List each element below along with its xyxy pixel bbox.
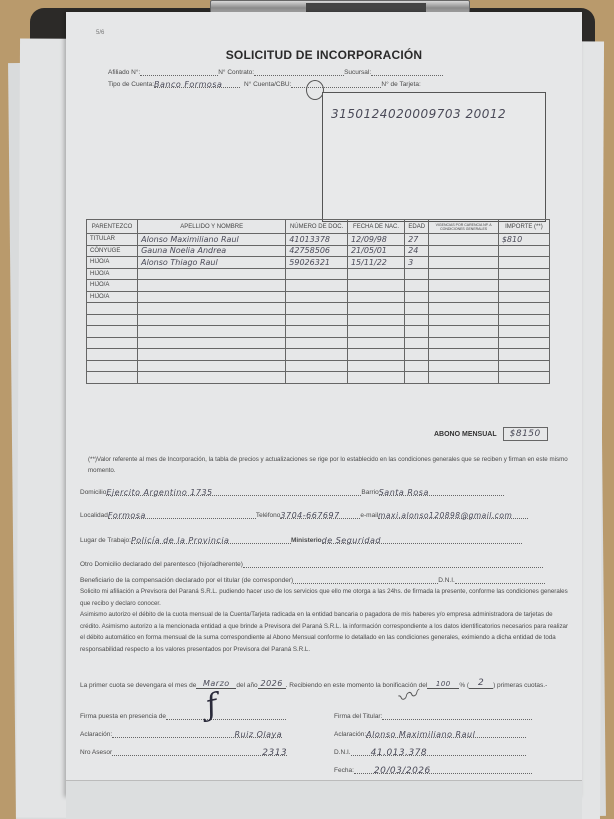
table-row: TITULARAlonso Maximiliano Raul4101337812… bbox=[87, 234, 550, 246]
cell-nombre[interactable] bbox=[138, 314, 286, 326]
application-form: 5/6 SOLICITUD DE INCORPORACIÓN Afiliado … bbox=[66, 12, 582, 797]
anio-label: del año bbox=[236, 682, 257, 689]
cell-doc[interactable] bbox=[286, 372, 348, 384]
cbu-box[interactable]: 3150124020009703 20012 bbox=[322, 92, 546, 222]
cell-nombre[interactable] bbox=[138, 372, 286, 384]
abono-mensual: ABONO MENSUAL $8150 bbox=[434, 427, 548, 441]
trabajo-row: Lugar de Trabajo: Policía de la Provinci… bbox=[80, 536, 522, 544]
cell-nac[interactable]: 21/05/01 bbox=[347, 245, 404, 257]
cell-nombre[interactable] bbox=[138, 337, 286, 349]
cell-nombre[interactable] bbox=[138, 360, 286, 372]
cuenta-cbu-field[interactable] bbox=[291, 80, 381, 88]
cell-nac[interactable] bbox=[347, 314, 404, 326]
firma-presencia-label: Firma puesta en presencia de bbox=[80, 713, 166, 720]
page-number: 5/6 bbox=[96, 30, 104, 36]
cell-doc[interactable]: 59026321 bbox=[286, 257, 348, 269]
table-row bbox=[87, 360, 550, 372]
cell-nombre[interactable] bbox=[138, 326, 286, 338]
col-parentesco: PARENTEZCO bbox=[87, 220, 138, 234]
ministerio-field[interactable]: de Seguridad bbox=[322, 536, 522, 544]
cell-vigencia[interactable] bbox=[429, 372, 498, 384]
cell-doc[interactable] bbox=[286, 337, 348, 349]
cell-vigencia[interactable] bbox=[429, 280, 498, 292]
barrio-label: Barrio bbox=[361, 489, 378, 496]
localidad-field[interactable]: Formosa bbox=[108, 511, 256, 519]
cell-nombre[interactable]: Gauna Noelia Andrea bbox=[138, 245, 286, 257]
cell-vigencia[interactable] bbox=[429, 314, 498, 326]
cell-vigencia[interactable] bbox=[429, 303, 498, 315]
otro-domicilio-field[interactable] bbox=[243, 560, 543, 568]
tarjeta-label: N° de Tarjeta: bbox=[381, 81, 420, 88]
cell-nac[interactable]: 12/09/98 bbox=[347, 234, 404, 246]
affiliation-paragraph: Solicito mi afiliación a Previsora del P… bbox=[80, 586, 570, 609]
firma-titular-label: Firma del Titular: bbox=[334, 713, 382, 720]
fecha-label: Fecha: bbox=[334, 767, 354, 774]
contrato-label: N° Contrato: bbox=[218, 69, 254, 76]
otro-domicilio-row: Otro Domicilio declarado del parentesco … bbox=[80, 560, 543, 568]
aclaracion-asesor-row: Aclaración: Ruiz Olaya bbox=[80, 730, 282, 738]
cell-importe[interactable] bbox=[498, 326, 549, 338]
cuota-row: La primer cuota se devengara el mes de M… bbox=[80, 678, 547, 689]
afiliado-field[interactable] bbox=[140, 68, 218, 76]
otro-domicilio-label: Otro Domicilio declarado del parentesco … bbox=[80, 561, 243, 568]
cuota-label: La primer cuota se devengara el mes de bbox=[80, 682, 196, 689]
cell-parentesco: HIJO/A bbox=[87, 268, 138, 280]
cell-doc[interactable]: 41013378 bbox=[286, 234, 348, 246]
localidad-label: Localidad bbox=[80, 512, 108, 519]
col-nombre: APELLIDO Y NOMBRE bbox=[138, 220, 286, 234]
paper-stack-bottom bbox=[66, 780, 582, 819]
beneficiario-dni-field[interactable] bbox=[455, 576, 545, 584]
table-row bbox=[87, 337, 550, 349]
cell-importe[interactable] bbox=[498, 291, 549, 303]
cell-vigencia[interactable] bbox=[429, 349, 498, 361]
abono-label: ABONO MENSUAL bbox=[434, 431, 497, 438]
cell-nac[interactable] bbox=[347, 326, 404, 338]
trabajo-label: Lugar de Trabajo: bbox=[80, 537, 131, 544]
cell-doc[interactable] bbox=[286, 303, 348, 315]
bonif-pct-field[interactable]: 100 bbox=[427, 680, 459, 689]
table-row: CÓNYUGEGauna Noelia Andrea4275850621/05/… bbox=[87, 245, 550, 257]
cell-parentesco bbox=[87, 326, 138, 338]
col-importe: IMPORTE (**) bbox=[498, 220, 549, 234]
cell-edad[interactable] bbox=[405, 314, 429, 326]
cell-vigencia[interactable] bbox=[429, 234, 498, 246]
telefono-label: Teléfono bbox=[256, 512, 281, 519]
cell-edad[interactable] bbox=[405, 360, 429, 372]
table-row bbox=[87, 314, 550, 326]
cell-nac[interactable] bbox=[347, 360, 404, 372]
afiliado-label: Afiliado N°: bbox=[108, 69, 140, 76]
cell-edad[interactable] bbox=[405, 280, 429, 292]
col-vigencia: VIGENCIAS POR CARENCIA NP. A CONDICIONES… bbox=[429, 220, 498, 234]
cell-edad[interactable] bbox=[405, 337, 429, 349]
cell-edad[interactable] bbox=[405, 291, 429, 303]
bonif-suffix: ) primeras cuotas.- bbox=[493, 682, 547, 689]
cell-importe[interactable] bbox=[498, 257, 549, 269]
cell-nac[interactable]: 15/11/22 bbox=[347, 257, 404, 269]
cell-parentesco bbox=[87, 314, 138, 326]
cell-edad[interactable] bbox=[405, 303, 429, 315]
cell-importe[interactable]: $810 bbox=[498, 234, 549, 246]
dni-titular-label: D.N.I. bbox=[334, 749, 351, 756]
barrio-field[interactable]: Santa Rosa bbox=[379, 488, 504, 496]
cell-nac[interactable] bbox=[347, 280, 404, 292]
cuota-anio-field[interactable]: 2026 bbox=[258, 679, 286, 689]
domicilio-field[interactable]: Ejercito Argentino 1735 bbox=[106, 488, 361, 496]
cell-nombre[interactable] bbox=[138, 268, 286, 280]
cell-nac[interactable] bbox=[347, 268, 404, 280]
aclaracion-titular-row: Aclaración: Alonso Maximiliano Raul bbox=[334, 730, 526, 738]
sucursal-field[interactable] bbox=[371, 68, 443, 76]
bonif-mid: % ( bbox=[459, 682, 469, 689]
cell-nac[interactable] bbox=[347, 337, 404, 349]
cell-nac[interactable] bbox=[347, 291, 404, 303]
localidad-row: Localidad Formosa Teléfono 3704-667697 e… bbox=[80, 511, 528, 519]
form-title: SOLICITUD DE INCORPORACIÓN bbox=[66, 48, 582, 62]
cell-parentesco: HIJO/A bbox=[87, 280, 138, 292]
col-doc: NÚMERO DE DOC. bbox=[286, 220, 348, 234]
aclaracion-titular-label: Aclaración: bbox=[334, 731, 366, 738]
table-row: HIJO/AAlonso Thiago Raul5902632115/11/22… bbox=[87, 257, 550, 269]
cell-importe[interactable] bbox=[498, 337, 549, 349]
domicilio-row: Domicilio Ejercito Argentino 1735 Barrio… bbox=[80, 488, 504, 496]
asesor-label: Nro Asesor bbox=[80, 749, 112, 756]
dni-titular-row: D.N.I. 41.013.378 bbox=[334, 748, 526, 756]
firma-presencia-field[interactable] bbox=[166, 712, 286, 720]
email-field[interactable]: maxi.alonso120898@gmail.com bbox=[378, 511, 528, 519]
cell-doc[interactable] bbox=[286, 349, 348, 361]
table-row bbox=[87, 349, 550, 361]
table-row bbox=[87, 326, 550, 338]
cell-nombre[interactable]: Alonso Maximiliano Raul bbox=[138, 234, 286, 246]
cell-parentesco: HIJO/A bbox=[87, 291, 138, 303]
cell-importe[interactable] bbox=[498, 372, 549, 384]
cell-nombre[interactable] bbox=[138, 291, 286, 303]
dni-titular-field[interactable]: 41.013.378 bbox=[351, 748, 526, 756]
contrato-field[interactable] bbox=[254, 68, 344, 76]
cell-importe[interactable] bbox=[498, 314, 549, 326]
ministerio-label: Ministerio bbox=[291, 537, 322, 544]
cell-edad[interactable] bbox=[405, 326, 429, 338]
cell-nombre[interactable]: Alonso Thiago Raul bbox=[138, 257, 286, 269]
cuota-mes-field[interactable]: Marzo bbox=[196, 679, 236, 689]
cell-edad[interactable] bbox=[405, 349, 429, 361]
cell-edad[interactable]: 3 bbox=[405, 257, 429, 269]
cell-vigencia[interactable] bbox=[429, 360, 498, 372]
aclaracion-titular-field[interactable]: Alonso Maximiliano Raul bbox=[366, 730, 526, 738]
table-row bbox=[87, 372, 550, 384]
cell-edad[interactable]: 24 bbox=[405, 245, 429, 257]
table-row: HIJO/A bbox=[87, 268, 550, 280]
cell-doc[interactable] bbox=[286, 291, 348, 303]
col-nac: FECHA DE NAC. bbox=[347, 220, 404, 234]
fecha-row: Fecha: 20/03/2026 bbox=[334, 766, 532, 774]
cell-nombre[interactable] bbox=[138, 280, 286, 292]
header-row-2: Tipo de Cuenta: Banco Formosa N° Cuenta/… bbox=[108, 80, 421, 88]
cbu-value: 3150124020009703 20012 bbox=[331, 107, 506, 121]
cell-importe[interactable] bbox=[498, 280, 549, 292]
email-label: e-mail bbox=[360, 512, 378, 519]
domicilio-label: Domicilio bbox=[80, 489, 106, 496]
tipo-cuenta-field[interactable]: Banco Formosa bbox=[154, 80, 240, 88]
beneficiario-dni-label: D.N.I. bbox=[438, 577, 455, 584]
table-row: HIJO/A bbox=[87, 280, 550, 292]
cell-edad[interactable] bbox=[405, 268, 429, 280]
cell-vigencia[interactable] bbox=[429, 268, 498, 280]
cell-doc[interactable]: 42758506 bbox=[286, 245, 348, 257]
cell-vigencia[interactable] bbox=[429, 245, 498, 257]
cell-importe[interactable] bbox=[498, 303, 549, 315]
cell-edad[interactable] bbox=[405, 372, 429, 384]
cuenta-cbu-label: N° Cuenta/CBU: bbox=[244, 81, 291, 88]
cell-importe[interactable] bbox=[498, 245, 549, 257]
cell-parentesco bbox=[87, 349, 138, 361]
firma-titular-field[interactable] bbox=[382, 712, 532, 720]
col-edad: EDAD bbox=[405, 220, 429, 234]
cell-nac[interactable] bbox=[347, 372, 404, 384]
cell-parentesco bbox=[87, 360, 138, 372]
beneficiario-field[interactable] bbox=[293, 576, 438, 584]
cell-doc[interactable] bbox=[286, 268, 348, 280]
cell-vigencia[interactable] bbox=[429, 291, 498, 303]
fecha-field[interactable]: 20/03/2026 bbox=[354, 766, 532, 774]
price-note: (**)Valor referente al mes de Incorporac… bbox=[88, 454, 568, 476]
bonif-cuotas-field[interactable]: 2 bbox=[469, 678, 493, 689]
abono-value[interactable]: $8150 bbox=[503, 427, 548, 441]
cell-edad[interactable]: 27 bbox=[405, 234, 429, 246]
trabajo-field[interactable]: Policía de la Provincia bbox=[131, 536, 291, 544]
cell-vigencia[interactable] bbox=[429, 257, 498, 269]
cell-nac[interactable] bbox=[347, 303, 404, 315]
cell-nac[interactable] bbox=[347, 349, 404, 361]
cell-doc[interactable] bbox=[286, 360, 348, 372]
telefono-field[interactable]: 3704-667697 bbox=[280, 511, 360, 519]
cell-parentesco: HIJO/A bbox=[87, 257, 138, 269]
cell-nombre[interactable] bbox=[138, 349, 286, 361]
tipo-cuenta-label: Tipo de Cuenta: bbox=[108, 81, 154, 88]
aclaracion-asesor-label: Aclaración: bbox=[80, 731, 112, 738]
firma-titular-row: Firma del Titular: bbox=[334, 712, 532, 720]
cell-parentesco bbox=[87, 372, 138, 384]
family-table: PARENTEZCO APELLIDO Y NOMBRE NÚMERO DE D… bbox=[86, 219, 550, 384]
aclaracion-asesor-field[interactable]: Ruiz Olaya bbox=[112, 730, 282, 738]
table-header-row: PARENTEZCO APELLIDO Y NOMBRE NÚMERO DE D… bbox=[87, 220, 550, 234]
cell-importe[interactable] bbox=[498, 360, 549, 372]
cell-vigencia[interactable] bbox=[429, 337, 498, 349]
cell-parentesco: CÓNYUGE bbox=[87, 245, 138, 257]
cell-nombre[interactable] bbox=[138, 303, 286, 315]
cell-parentesco bbox=[87, 337, 138, 349]
cell-doc[interactable] bbox=[286, 280, 348, 292]
table-row bbox=[87, 303, 550, 315]
cell-doc[interactable] bbox=[286, 314, 348, 326]
asesor-row: Nro Asesor 2313 bbox=[80, 748, 287, 756]
header-row-1: Afiliado N°: N° Contrato: Sucursal: bbox=[108, 68, 443, 76]
cell-parentesco: TITULAR bbox=[87, 234, 138, 246]
beneficiario-row: Beneficiario de la compensación declarad… bbox=[80, 576, 545, 584]
firma-presencia-row: Firma puesta en presencia de bbox=[80, 712, 286, 720]
cell-parentesco bbox=[87, 303, 138, 315]
beneficiario-label: Beneficiario de la compensación declarad… bbox=[80, 577, 293, 584]
asesor-field[interactable]: 2313 bbox=[112, 748, 287, 756]
cell-doc[interactable] bbox=[286, 326, 348, 338]
table-row: HIJO/A bbox=[87, 291, 550, 303]
cell-importe[interactable] bbox=[498, 349, 549, 361]
cell-vigencia[interactable] bbox=[429, 326, 498, 338]
sucursal-label: Sucursal: bbox=[344, 69, 371, 76]
debit-authorization-paragraph: Asimismo autorizo el débito de la cuota … bbox=[80, 609, 570, 655]
cell-importe[interactable] bbox=[498, 268, 549, 280]
